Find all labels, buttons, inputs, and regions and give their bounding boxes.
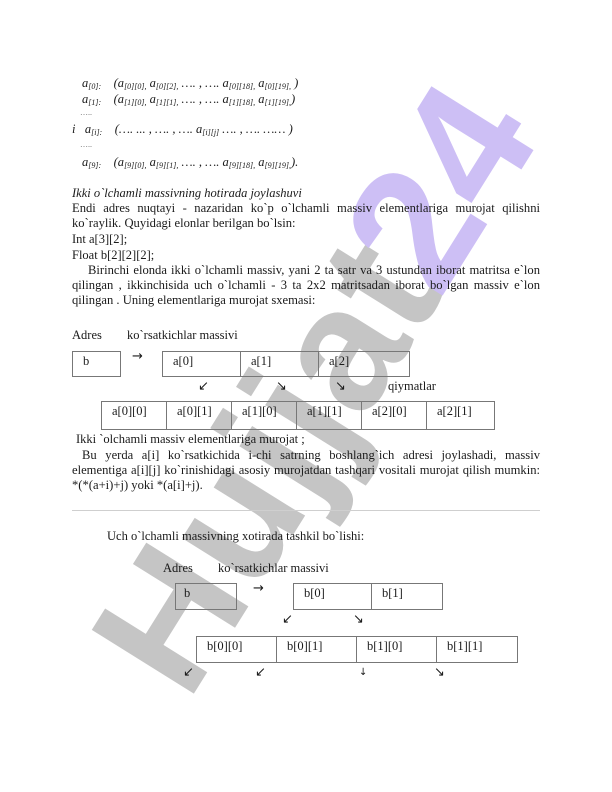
arrow-right-icon: → (132, 350, 143, 363)
values-label: qiymatlar (388, 379, 436, 394)
ellipsis-2: ….. (80, 140, 92, 149)
section-heading-2d: Ikki o`lchamli massivning hotirada joyla… (72, 186, 302, 201)
pointer-array-2: b[0] b[1] (293, 583, 443, 610)
pointer-cell: a[2] (319, 352, 409, 376)
arrow-right-icon: → (253, 582, 264, 595)
section-heading-3d: Uch o`lchamli massivning xotirada tashki… (107, 529, 364, 544)
pointer-array: a[0] a[1] a[2] (162, 351, 410, 377)
paragraph-explanation: Birinchi elonda ikki o`lchamli massiv, y… (72, 263, 540, 309)
element-cell: b[0][0] (197, 637, 277, 662)
pointer-cell: a[1] (241, 352, 319, 376)
arrow-down-right-icon: ↘ (276, 380, 287, 393)
address-box: b (72, 351, 121, 377)
arrow-down-icon: ↓ (359, 666, 367, 679)
adres-label: Adres (72, 328, 102, 343)
arrow-down-left-icon: ↙ (282, 613, 293, 626)
element-cell: a[0][1] (167, 402, 232, 429)
code-line-int: Int a[3][2]; (72, 232, 127, 247)
paragraph-intro: Endi adres nuqtayi - nazaridan ko`p o`lc… (72, 201, 540, 231)
arrow-down-right-icon: ↘ (335, 380, 346, 393)
element-cell: a[0][0] (102, 402, 167, 429)
element-cell: a[2][0] (362, 402, 427, 429)
pointer-cell: a[0] (163, 352, 241, 376)
paragraph-indirect-access: Bu yerda a[i] ko`rsatkichida i-chi satrn… (72, 448, 540, 494)
ellipsis-1: ….. (80, 108, 92, 117)
arrow-down-left-icon: ↙ (183, 666, 194, 679)
pointer-array-label-2: ko`rsatkichlar massivi (218, 561, 329, 576)
element-array-2: b[0][0] b[0][1] b[1][0] b[1][1] (196, 636, 518, 663)
formula-line-1: a[1]: (a[1][0], a[1][1], …. , …. a[1][18… (82, 92, 295, 110)
arrow-down-right-icon: ↘ (434, 666, 445, 679)
code-line-float: Float b[2][2][2]; (72, 248, 154, 263)
pointer-cell: b[0] (294, 584, 372, 609)
formula-line-i: i a[i]: (…. ... , …. , …. a[i][j] …. , …… (72, 122, 293, 140)
element-array: a[0][0] a[0][1] a[1][0] a[1][1] a[2][0] … (101, 401, 495, 430)
arrow-down-left-icon: ↙ (198, 380, 209, 393)
formula-line-9: a[9]: (a[9][0], a[9][1], …. , …. a[9][18… (82, 155, 298, 173)
diagram-caption: Ikki `olchamli massiv elementlariga muro… (76, 432, 305, 447)
address-box-2: b (175, 583, 237, 610)
element-cell: a[1][1] (297, 402, 362, 429)
arrow-down-left-icon: ↙ (255, 666, 266, 679)
section-divider (72, 510, 540, 511)
adres-label-2: Adres (163, 561, 193, 576)
pointer-cell: b[1] (372, 584, 442, 609)
element-cell: a[2][1] (427, 402, 494, 429)
arrow-down-right-icon: ↘ (353, 613, 364, 626)
element-cell: b[1][0] (357, 637, 437, 662)
element-cell: a[1][0] (232, 402, 297, 429)
element-cell: b[1][1] (437, 637, 517, 662)
element-cell: b[0][1] (277, 637, 357, 662)
pointer-array-label: ko`rsatkichlar massivi (127, 328, 238, 343)
